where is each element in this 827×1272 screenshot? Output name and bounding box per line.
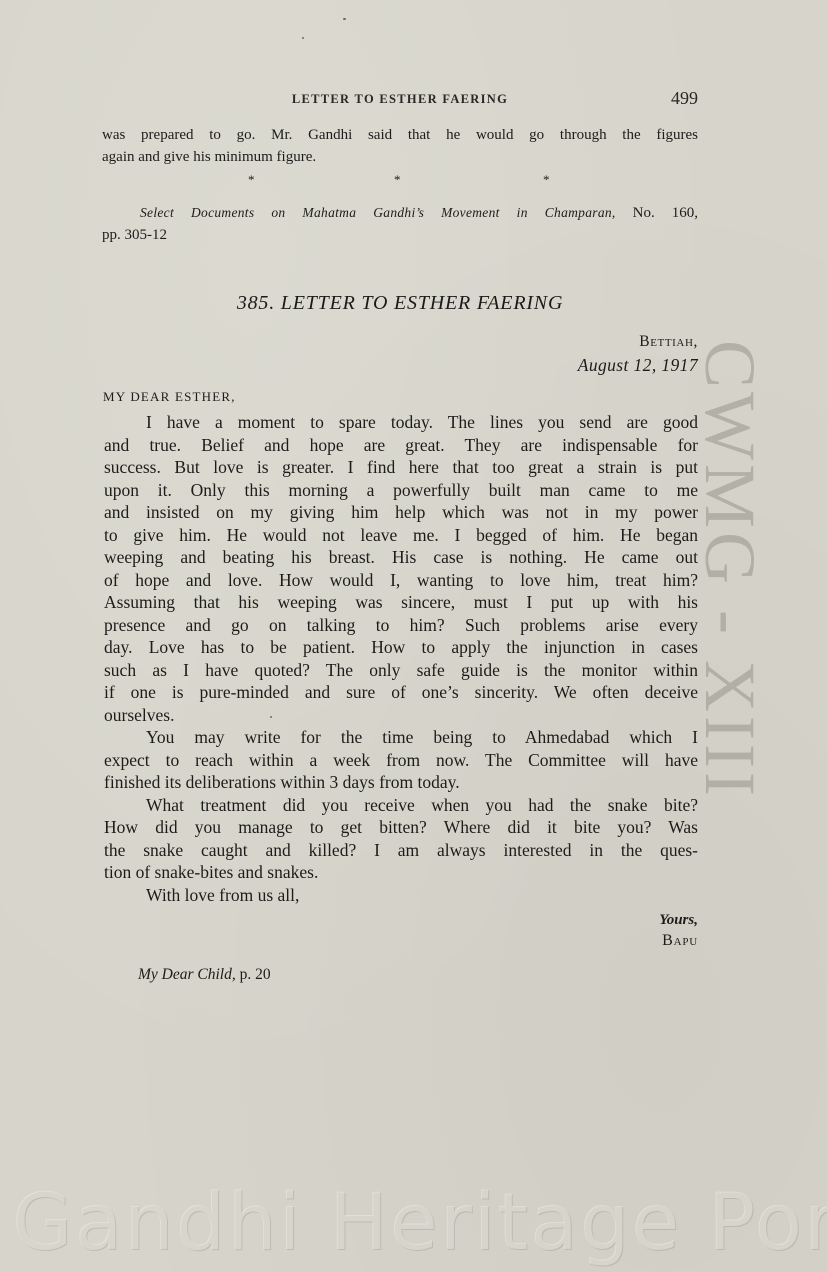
- letter-line: With love from us all,: [104, 884, 698, 907]
- paper-speck: [270, 716, 272, 718]
- paper-speck: [343, 18, 346, 20]
- letter-line: upon it. Only this morning a powerfully …: [104, 479, 698, 502]
- section-separator: * * *: [102, 172, 698, 192]
- letter-line: and insisted on my giving him help which…: [104, 501, 698, 524]
- letter-line: weeping and beating his breast. His case…: [104, 546, 698, 569]
- letter-line: such as I have quoted? The only safe gui…: [104, 659, 698, 682]
- letter-line: How did you manage to get bitten? Where …: [104, 816, 698, 839]
- previous-document-source: Select Documents on Mahatma Gandhi’s Mov…: [102, 202, 698, 246]
- source-title: My Dear Child,: [138, 966, 236, 983]
- source-ref: No. 160,: [616, 205, 698, 221]
- letter-salutation: MY DEAR ESTHER,: [103, 389, 236, 405]
- document-page: LETTER TO ESTHER FAERING 499 was prepare…: [0, 0, 827, 1272]
- previous-document-ending: was prepared to go. Mr. Gandhi said that…: [102, 124, 698, 168]
- watermark-vertical: CWMG - XIII: [700, 340, 760, 960]
- source-pages: pp. 305-12: [102, 227, 167, 243]
- letter-line: I have a moment to spare today. The line…: [104, 411, 698, 434]
- letter-line: success. But love is greater. I find her…: [104, 456, 698, 479]
- letter-source: My Dear Child, p. 20: [138, 966, 271, 984]
- letter-line: if one is pure-minded and sure of one’s …: [104, 681, 698, 704]
- asterisk-icon: *: [248, 172, 255, 188]
- letter-line: finished its deliberations within 3 days…: [104, 771, 698, 794]
- letter-line: Assuming that his weeping was sincere, m…: [104, 591, 698, 614]
- page-number: 499: [671, 88, 698, 109]
- letter-line: the snake caught and killed? I am always…: [104, 839, 698, 862]
- letter-line: tion of snake-bites and snakes.: [104, 861, 698, 884]
- source-line: Select Documents on Mahatma Gandhi’s Mov…: [102, 202, 698, 224]
- letter-line: of hope and love. How would I, wanting t…: [104, 569, 698, 592]
- asterisk-icon: *: [394, 172, 401, 188]
- letter-date: August 12, 1917: [578, 355, 698, 376]
- letter-closing: Yours,: [659, 912, 698, 929]
- letter-line: and true. Belief and hope are great. The…: [104, 434, 698, 457]
- asterisk-icon: *: [543, 172, 550, 188]
- letter-line: day. Love has to be patient. How to appl…: [104, 636, 698, 659]
- letter-line: You may write for the time being to Ahme…: [104, 726, 698, 749]
- text-line: again and give his minimum figure.: [102, 146, 698, 168]
- running-title: LETTER TO ESTHER FAERING: [102, 92, 698, 107]
- letter-line: to give him. He would not leave me. I be…: [104, 524, 698, 547]
- text-line: was prepared to go. Mr. Gandhi said that…: [102, 124, 698, 146]
- source-ref: p. 20: [236, 966, 271, 983]
- watermark-bottom: Gandhi Heritage Portal: [12, 1178, 822, 1268]
- source-title: Select Documents on Mahatma Gandhi’s Mov…: [140, 205, 616, 220]
- letter-signature: Bapu: [662, 932, 698, 950]
- running-head: LETTER TO ESTHER FAERING 499: [102, 88, 698, 112]
- document-heading: 385. LETTER TO ESTHER FAERING: [102, 292, 698, 315]
- paper-speck: [302, 37, 304, 39]
- letter-line: ourselves.: [104, 704, 698, 727]
- letter-line: expect to reach within a week from now. …: [104, 749, 698, 772]
- letter-place: Bettiah,: [639, 333, 698, 351]
- letter-line: presence and go on talking to him? Such …: [104, 614, 698, 637]
- letter-line: What treatment did you receive when you …: [104, 794, 698, 817]
- letter-body: I have a moment to spare today. The line…: [104, 411, 698, 906]
